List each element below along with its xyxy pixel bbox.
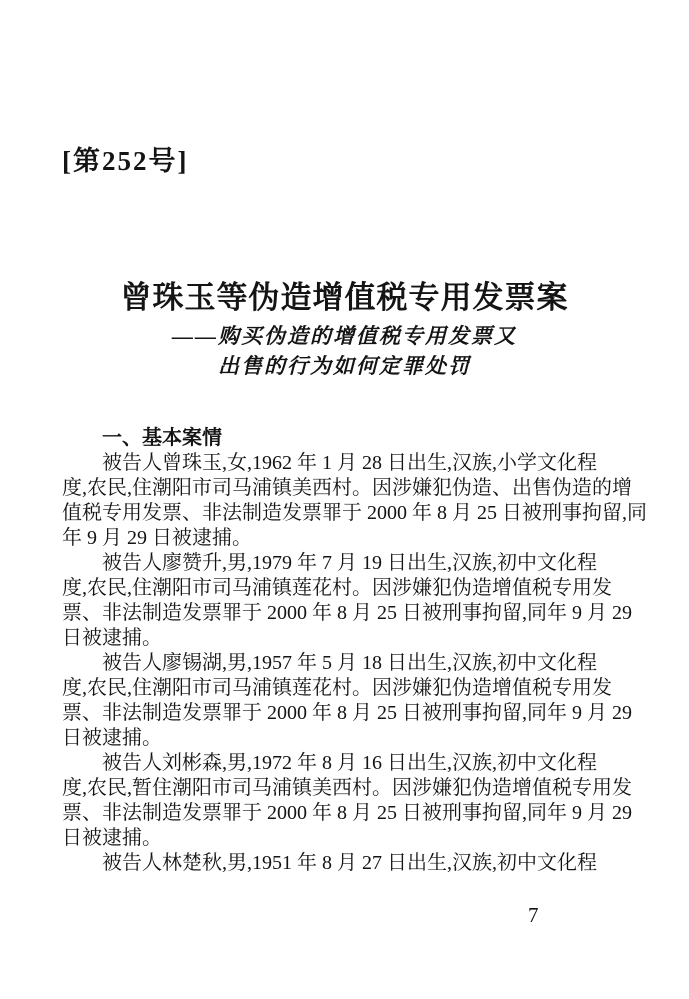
paragraph-line: 票、非法制造发票罪于 2000 年 8 月 25 日被刑事拘留,同年 9 月 2…	[62, 601, 632, 626]
scanned-book-page: [第252号] 曾珠玉等伪造增值税专用发票案 ——购买伪造的增值税专用发票又 出…	[0, 0, 689, 999]
paragraph-line: 被告人刘彬森,男,1972 年 8 月 16 日出生,汉族,初中文化程	[62, 751, 632, 776]
paragraph-line: 被告人曾珠玉,女,1962 年 1 月 28 日出生,汉族,小学文化程	[62, 451, 632, 476]
paragraph-line: 日被逮捕。	[62, 826, 632, 851]
paragraph-line: 年 9 月 29 日被逮捕。	[62, 526, 632, 551]
case-subtitle-line-2: 出售的行为如何定罪处罚	[0, 350, 689, 380]
paragraph-line: 日被逮捕。	[62, 626, 632, 651]
paragraph-line: 度,农民,暂住潮阳市司马浦镇美西村。因涉嫌犯伪造增值税专用发	[62, 776, 632, 801]
section-heading-basic-case-facts: 一、基本案情	[62, 426, 632, 451]
paragraph-defendant-3: 被告人廖锡湖,男,1957 年 5 月 18 日出生,汉族,初中文化程 度,农民…	[62, 651, 632, 751]
paragraph-defendant-1: 被告人曾珠玉,女,1962 年 1 月 28 日出生,汉族,小学文化程 度,农民…	[62, 451, 632, 551]
paragraph-defendant-5: 被告人林楚秋,男,1951 年 8 月 27 日出生,汉族,初中文化程	[62, 851, 632, 876]
case-subtitle-line-1: ——购买伪造的增值税专用发票又	[0, 320, 689, 350]
paragraph-defendant-4: 被告人刘彬森,男,1972 年 8 月 16 日出生,汉族,初中文化程 度,农民…	[62, 751, 632, 851]
paragraph-line: 度,农民,住潮阳市司马浦镇莲花村。因涉嫌犯伪造增值税专用发	[62, 676, 632, 701]
paragraph-line: 票、非法制造发票罪于 2000 年 8 月 25 日被刑事拘留,同年 9 月 2…	[62, 801, 632, 826]
paragraph-line: 被告人林楚秋,男,1951 年 8 月 27 日出生,汉族,初中文化程	[62, 851, 632, 876]
paragraph-line: 值税专用发票、非法制造发票罪于 2000 年 8 月 25 日被刑事拘留,同	[62, 501, 632, 526]
paragraph-line: 日被逮捕。	[62, 726, 632, 751]
body-text-block: 一、基本案情 被告人曾珠玉,女,1962 年 1 月 28 日出生,汉族,小学文…	[62, 426, 632, 876]
paragraph-line: 度,农民,住潮阳市司马浦镇美西村。因涉嫌犯伪造、出售伪造的增	[62, 476, 632, 501]
paragraph-line: 被告人廖赞升,男,1979 年 7 月 19 日出生,汉族,初中文化程	[62, 551, 632, 576]
paragraph-line: 票、非法制造发票罪于 2000 年 8 月 25 日被刑事拘留,同年 9 月 2…	[62, 701, 632, 726]
paragraph-line: 被告人廖锡湖,男,1957 年 5 月 18 日出生,汉族,初中文化程	[62, 651, 632, 676]
page-number: 7	[528, 903, 539, 928]
paragraph-defendant-2: 被告人廖赞升,男,1979 年 7 月 19 日出生,汉族,初中文化程 度,农民…	[62, 551, 632, 651]
case-number-heading: [第252号]	[62, 139, 188, 178]
case-title: 曾珠玉等伪造增值税专用发票案	[0, 272, 689, 317]
paragraph-line: 度,农民,住潮阳市司马浦镇莲花村。因涉嫌犯伪造增值税专用发	[62, 576, 632, 601]
